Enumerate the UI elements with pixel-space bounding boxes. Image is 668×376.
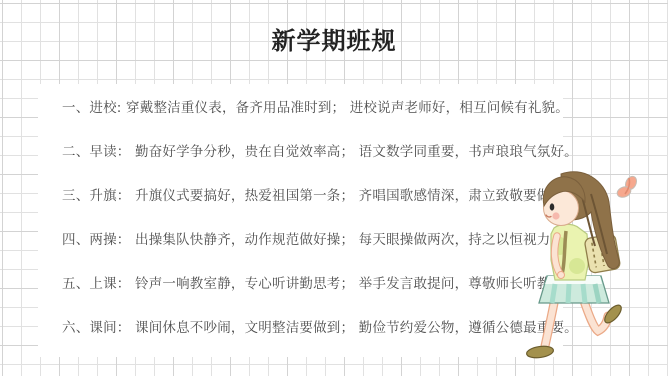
rule-line-entering-school: 一、进校: 穿戴整洁重仪表，备齐用品准时到； 进校说声老师好，相互问候有礼貌。 (62, 98, 563, 118)
slide-canvas: 新学期班规 一、进校: 穿戴整洁重仪表，备齐用品准时到； 进校说声老师好，相互问… (0, 0, 668, 376)
butterfly-icon (616, 174, 639, 199)
rules-panel: 一、进校: 穿戴整洁重仪表，备齐用品准时到； 进校说声老师好，相互问候有礼貌。 … (38, 84, 563, 357)
rule-line-in-class: 五、上课： 铃声一响教室静，专心听讲勤思考； 举手发言敢提问，尊敬师长听教导。 (62, 274, 563, 294)
girl-with-backpack-icon (521, 164, 655, 376)
girl-illustration (521, 164, 655, 376)
slide-title: 新学期班规 (0, 21, 668, 56)
rule-line-flag-raising: 三、升旗： 升旗仪式要搞好，热爱祖国第一条； 齐唱国歌感情深，肃立致敬要做到。 (62, 186, 563, 206)
rule-line-exercises: 四、两操： 出操集队快静齐，动作规范做好操； 每天眼操做两次，持之以恒视力保。 (62, 230, 563, 250)
rules-list: 一、进校: 穿戴整洁重仪表，备齐用品准时到； 进校说声老师好，相互问候有礼貌。 … (62, 98, 563, 362)
rule-line-morning-reading: 二、早读： 勤奋好学争分秒，贵在自觉效率高； 语文数学同重要，书声琅琅气氛好。 (62, 142, 563, 162)
rule-line-break-time: 六、课间： 课间休息不吵闹，文明整洁要做到； 勤俭节约爱公物，遵循公德最重要。 (62, 318, 563, 338)
